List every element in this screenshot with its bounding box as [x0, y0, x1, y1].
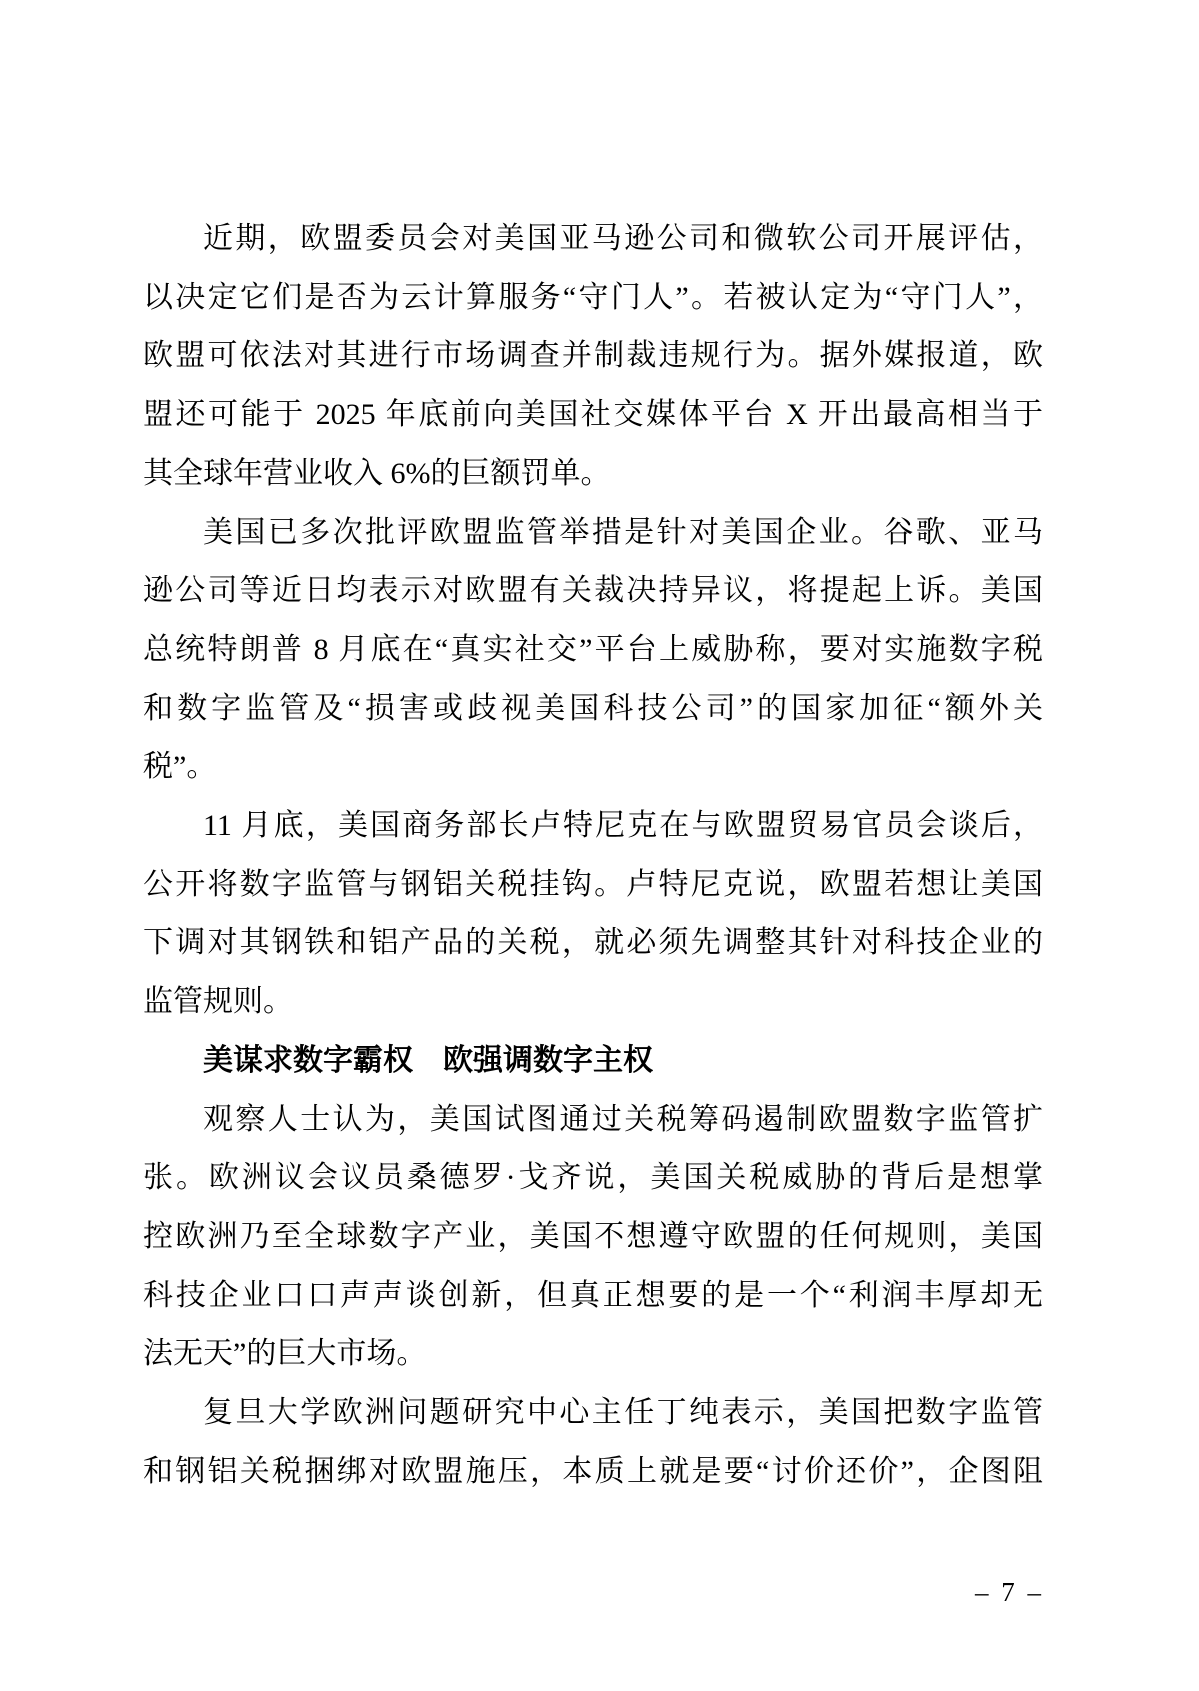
text-line: 盟还可能于 2025 年底前向美国社交媒体平台 X 开出最高相当于 [143, 386, 1043, 445]
text-line: 和数字监管及“损害或歧视美国科技公司”的国家加征“额外关 [143, 680, 1043, 739]
page-number: – 7 – [975, 1577, 1044, 1608]
text-line: 逊公司等近日均表示对欧盟有关裁决持异议，将提起上诉。美国 [143, 562, 1043, 621]
text-line: 总统特朗普 8 月底在“真实社交”平台上威胁称，要对实施数字税 [143, 621, 1043, 680]
text-line: 观察人士认为，美国试图通过关税筹码遏制欧盟数字监管扩 [143, 1091, 1043, 1150]
text-line: 美国已多次批评欧盟监管举措是针对美国企业。谷歌、亚马 [143, 504, 1043, 563]
text-line: 科技企业口口声声谈创新，但真正想要的是一个“利润丰厚却无 [143, 1267, 1043, 1326]
text-line: 公开将数字监管与钢铝关税挂钩。卢特尼克说，欧盟若想让美国 [143, 856, 1043, 915]
text-line: 其全球年营业收入 6%的巨额罚单。 [143, 445, 1043, 504]
document-page: 近期，欧盟委员会对美国亚马逊公司和微软公司开展评估，以决定它们是否为云计算服务“… [0, 0, 1199, 1691]
text-line: 复旦大学欧洲问题研究中心主任丁纯表示，美国把数字监管 [143, 1384, 1043, 1443]
text-line: 法无天”的巨大市场。 [143, 1325, 1043, 1384]
document-body: 近期，欧盟委员会对美国亚马逊公司和微软公司开展评估，以决定它们是否为云计算服务“… [143, 210, 1043, 1501]
text-line: 张。欧洲议会议员桑德罗·戈齐说，美国关税威胁的背后是想掌 [143, 1149, 1043, 1208]
text-line: 近期，欧盟委员会对美国亚马逊公司和微软公司开展评估， [143, 210, 1043, 269]
text-line: 和钢铝关税捆绑对欧盟施压，本质上就是要“讨价还价”，企图阻 [143, 1443, 1043, 1502]
text-line: 监管规则。 [143, 973, 1043, 1032]
text-line: 欧盟可依法对其进行市场调查并制裁违规行为。据外媒报道，欧 [143, 327, 1043, 386]
section-heading: 美谋求数字霸权 欧强调数字主权 [143, 1032, 1043, 1091]
text-line: 控欧洲乃至全球数字产业，美国不想遵守欧盟的任何规则，美国 [143, 1208, 1043, 1267]
text-line: 税”。 [143, 738, 1043, 797]
text-line: 下调对其钢铁和铝产品的关税，就必须先调整其针对科技企业的 [143, 914, 1043, 973]
text-line: 11 月底，美国商务部长卢特尼克在与欧盟贸易官员会谈后， [143, 797, 1043, 856]
text-line: 以决定它们是否为云计算服务“守门人”。若被认定为“守门人”， [143, 269, 1043, 328]
